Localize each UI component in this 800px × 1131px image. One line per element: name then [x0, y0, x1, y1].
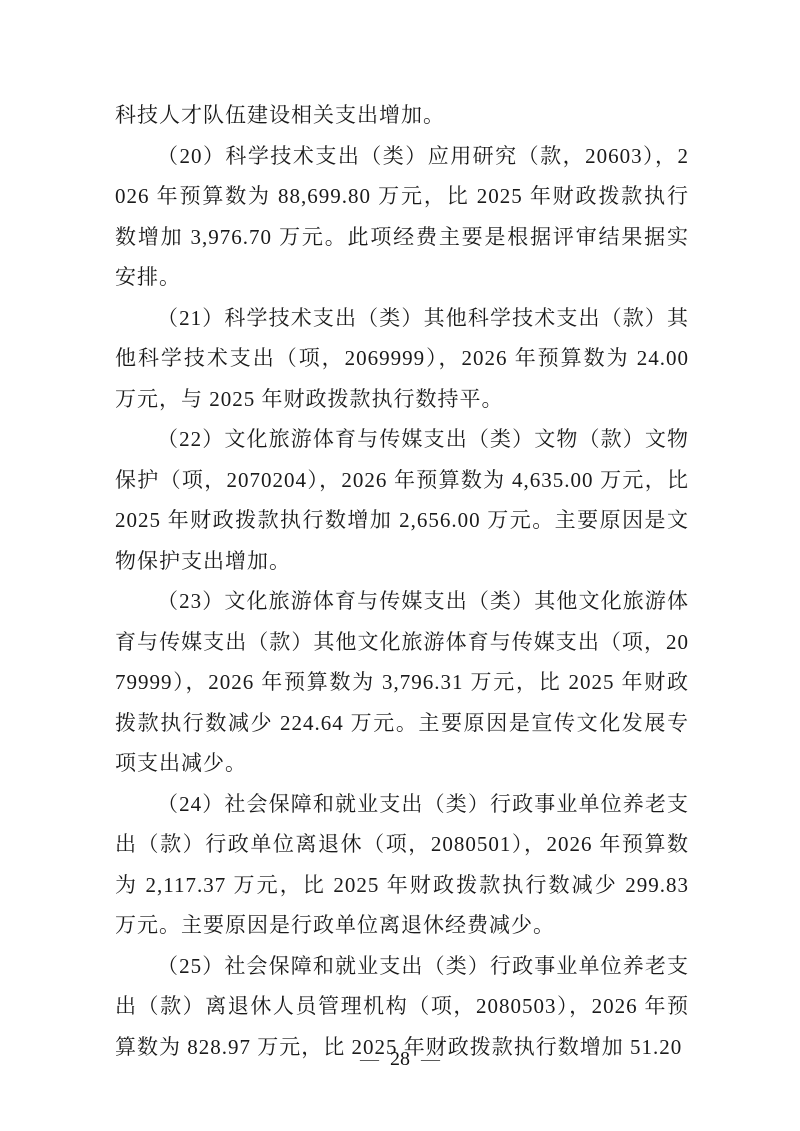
page-footer: —28— — [0, 1046, 800, 1073]
page-number: 28 — [390, 1048, 410, 1070]
paragraph-item-21: （21）科学技术支出（类）其他科学技术支出（款）其他科学技术支出（项，20699… — [115, 298, 689, 420]
paragraph-item-24: （24）社会保障和就业支出（类）行政事业单位养老支出（款）行政单位离退休（项，2… — [115, 784, 689, 946]
paragraph-item-22: （22）文化旅游体育与传媒支出（类）文物（款）文物保护（项，2070204），2… — [115, 419, 689, 581]
paragraph-item-20: （20）科学技术支出（类）应用研究（款，20603），2026 年预算数为 88… — [115, 136, 689, 298]
document-page: 科技人才队伍建设相关支出增加。 （20）科学技术支出（类）应用研究（款，2060… — [0, 0, 800, 1131]
footer-dash-right: — — [421, 1049, 440, 1070]
paragraph-continuation: 科技人才队伍建设相关支出增加。 — [115, 95, 689, 136]
page-body-text: 科技人才队伍建设相关支出增加。 （20）科学技术支出（类）应用研究（款，2060… — [115, 95, 689, 1067]
paragraph-item-23: （23）文化旅游体育与传媒支出（类）其他文化旅游体育与传媒支出（款）其他文化旅游… — [115, 581, 689, 784]
footer-dash-left: — — [360, 1049, 379, 1070]
